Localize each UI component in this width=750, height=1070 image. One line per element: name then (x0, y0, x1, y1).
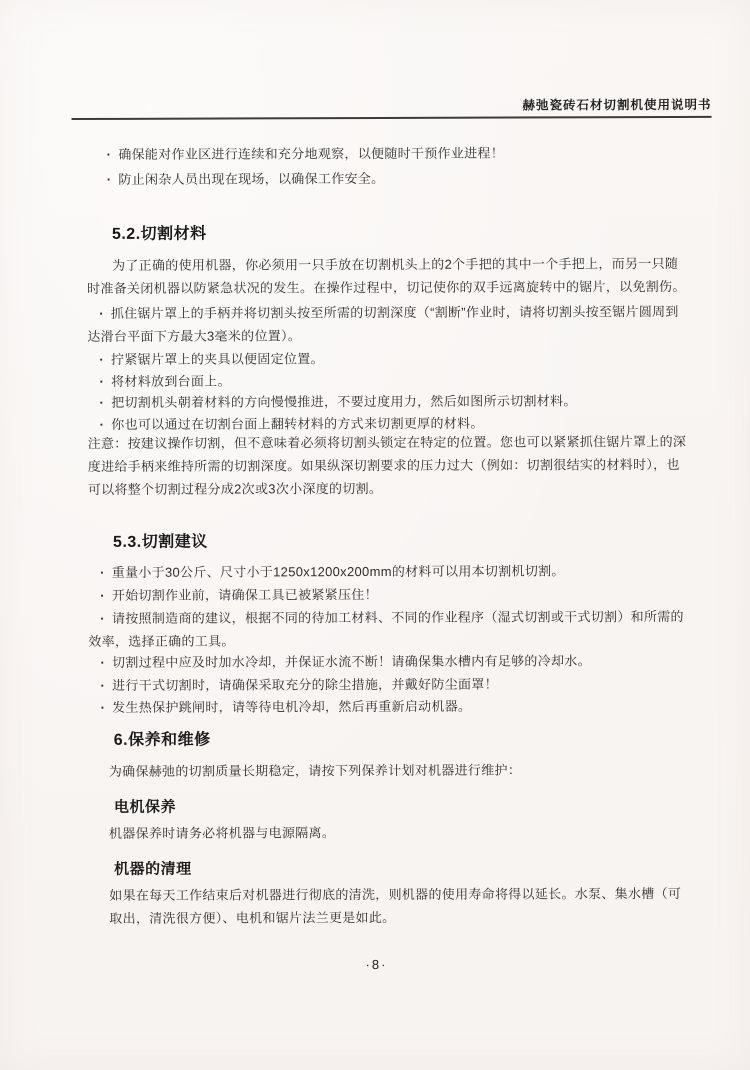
list-item-text: 拧紧锯片罩上的夹具以便固定位置。 (111, 351, 324, 367)
list-item: ·切割过程中应及时加水冷却，并保证水流不断！请确保集水槽内有足够的冷却水。 (88, 649, 692, 674)
section-heading-5-2: 5.2.切割材料 (112, 223, 716, 245)
bullet-icon: · (101, 700, 106, 715)
list-item: ·开始切割作业前，请确保工具已被紧紧压住！ (88, 582, 692, 607)
list-item-text: 请按照制造商的建议，根据不同的待加工材料、不同的作业程序（湿式切割或干式切割）和… (88, 609, 684, 649)
note-paragraph: 注意：按建议操作切割，但不意味着必须将切割头锁定在特定的位置。您也可以紧紧抓住锯… (88, 430, 692, 501)
list-item: ·防止闲杂人员出现在现场，以确保工作安全。 (87, 166, 691, 191)
list-item-text: 进行干式切割时，请确保采取充分的除尘措施，并戴好防尘面罩！ (112, 677, 498, 693)
bullet-icon: · (100, 588, 105, 603)
list-item-text: 重量小于30公斤、尺寸小于1250x1200x200mm的材料可以用本切割机切割… (112, 563, 565, 580)
list-item-text: 开始切割作业前，请确保工具已被紧紧压住！ (112, 587, 378, 603)
section-heading-6: 6.保养和维修 (114, 729, 718, 751)
header-title: 赫弛瓷砖石材切割机使用说明书 (71, 95, 711, 115)
header-divider (72, 116, 712, 120)
list-item-text: 把切割机头朝着材料的方向慢慢推进，不要过度用力，然后如图所示切割材料。 (111, 393, 577, 410)
list-item-text: 你也可以通过在切割台面上翻转材料的方式来切割更厚的材料。 (111, 416, 483, 432)
paragraph: 机器保养时请务必将机器与电源隔离。 (109, 820, 691, 845)
subsection-heading-motor: 电机保养 (114, 796, 718, 818)
list-item: ·抓住锯片罩上的手柄并将切割头按至所需的切割深度（“割断”作业时，请将切割头按至… (87, 300, 691, 348)
list-item-text: 防止闲杂人员出现在现场，以确保工作安全。 (118, 171, 384, 187)
list-item: ·发生热保护跳闸时，请等待电机冷却，然后再重新启动机器。 (89, 694, 693, 719)
list-item: ·请按照制造商的建议，根据不同的待加工材料、不同的作业程序（湿式切割或干式切割）… (88, 605, 692, 653)
page-number: ·8· (1, 956, 750, 974)
paragraph: 为确保赫弛的切割质量长期稳定，请按下列保养计划对机器进行维护： (109, 758, 691, 783)
subsection-heading-cleaning: 机器的清理 (114, 858, 718, 880)
bullet-icon: · (99, 352, 104, 367)
list-item-text: 切割过程中应及时加水冷却，并保证水流不断！请确保集水槽内有足够的冷却水。 (112, 653, 591, 670)
list-item-text: 确保能对作业区进行连续和充分地观察，以便随时干预作业进程！ (118, 146, 504, 162)
bullet-icon: · (100, 395, 105, 410)
bullet-icon: · (100, 417, 105, 432)
bullet-icon: · (100, 565, 105, 580)
bullet-icon: · (99, 374, 104, 389)
scanned-manual-page: 赫弛瓷砖石材切割机使用说明书 ·确保能对作业区进行连续和充分地观察，以便随时干预… (0, 0, 750, 1070)
page-header: 赫弛瓷砖石材切割机使用说明书 (71, 95, 711, 120)
list-item-text: 将材料放到台面上。 (111, 374, 231, 389)
bullet-icon: · (100, 655, 105, 670)
list-item-text: 发生热保护跳闸时，请等待电机冷却，然后再重新启动机器。 (112, 699, 471, 715)
section-heading-5-3: 5.3.切割建议 (113, 531, 717, 553)
paragraph: 如果在每天工作结束后对机器进行彻底的清洗，则机器的使用寿命将得以延长。水泵、集水… (109, 882, 691, 930)
paragraph: 为了正确的使用机器，你必须用一只手放在切割机头上的2个手把的其中一个手把上，而另… (87, 252, 691, 300)
list-item: ·确保能对作业区进行连续和充分地观察，以便随时干预作业进程！ (87, 141, 691, 166)
list-item: ·重量小于30公斤、尺寸小于1250x1200x200mm的材料可以用本切割机切… (88, 559, 692, 584)
bullet-icon: · (99, 306, 104, 321)
bullet-icon: · (100, 678, 105, 693)
bullet-icon: · (100, 611, 105, 626)
bullet-icon: · (107, 147, 112, 162)
bullet-icon: · (107, 172, 112, 187)
list-item-text: 抓住锯片罩上的手柄并将切割头按至所需的切割深度（“割断”作业时，请将切割头按至锯… (87, 304, 678, 344)
document-body: ·确保能对作业区进行连续和充分地观察，以便随时干预作业进程！ ·防止闲杂人员出现… (86, 0, 690, 1)
